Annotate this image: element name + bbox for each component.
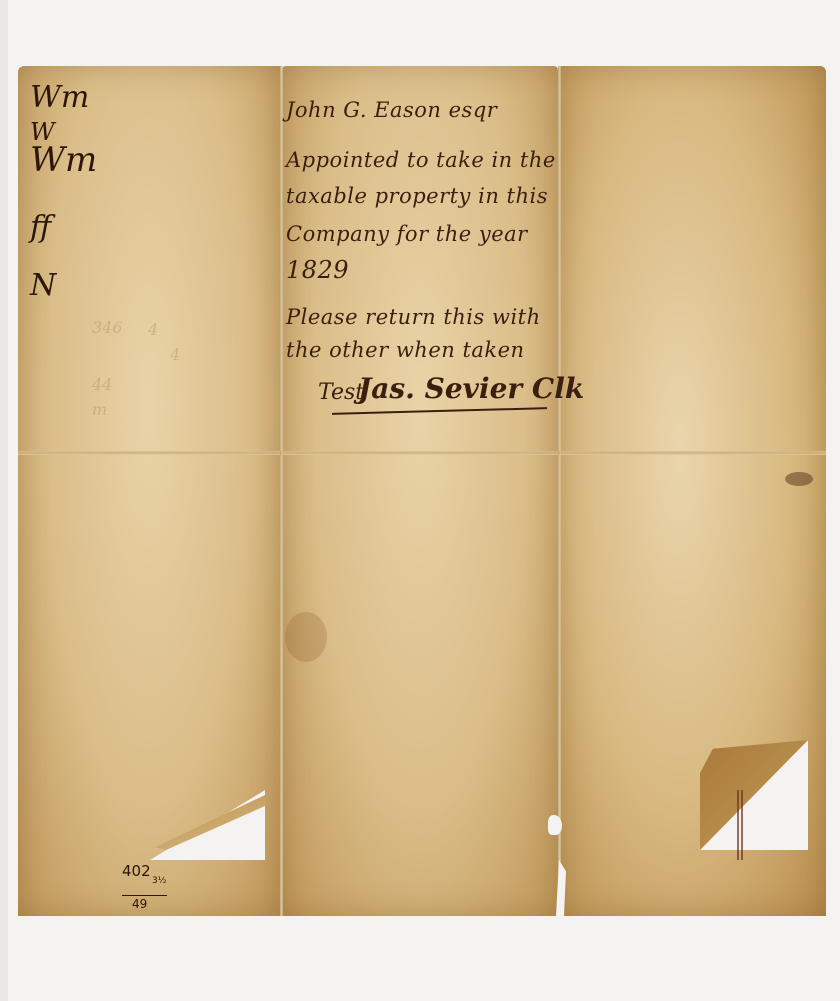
tally-bottom: 49 xyxy=(132,897,147,911)
tally-line xyxy=(122,895,167,896)
scanner-edge xyxy=(0,0,8,1001)
stain xyxy=(785,472,813,486)
flap-rule-line xyxy=(737,790,739,860)
margin-flourish: N xyxy=(30,268,56,303)
vertical-fold-right xyxy=(558,66,561,916)
ghost-number: 44 xyxy=(92,375,112,394)
flap-rule-line xyxy=(741,790,743,860)
tally-fraction: 3½ xyxy=(152,876,166,886)
request-line: the other when taken xyxy=(286,338,525,362)
clerk-signature: Jas. Sevier Clk xyxy=(358,372,584,405)
ghost-number: 4 xyxy=(170,345,180,364)
tally-value: 402 xyxy=(122,862,151,880)
left-panel xyxy=(18,66,280,916)
note-line: Company for the year xyxy=(286,222,528,246)
note-year: 1829 xyxy=(286,256,349,284)
margin-flourish: Wm xyxy=(30,140,97,180)
note-line: Appointed to take in the xyxy=(286,148,556,172)
stain xyxy=(285,612,327,662)
vertical-fold-left xyxy=(280,66,283,916)
horizontal-fold xyxy=(18,451,826,455)
ghost-number: m xyxy=(92,400,107,419)
margin-flourish: Wm xyxy=(30,80,89,115)
ghost-number: 4 xyxy=(148,320,158,339)
margin-flourish: ff xyxy=(30,210,51,245)
addressee-line: John G. Eason esqr xyxy=(286,98,497,122)
paper-hole xyxy=(548,815,562,835)
ghost-number: 346 xyxy=(92,318,123,337)
request-line: Please return this with xyxy=(286,305,541,329)
note-line: taxable property in this xyxy=(286,184,548,208)
